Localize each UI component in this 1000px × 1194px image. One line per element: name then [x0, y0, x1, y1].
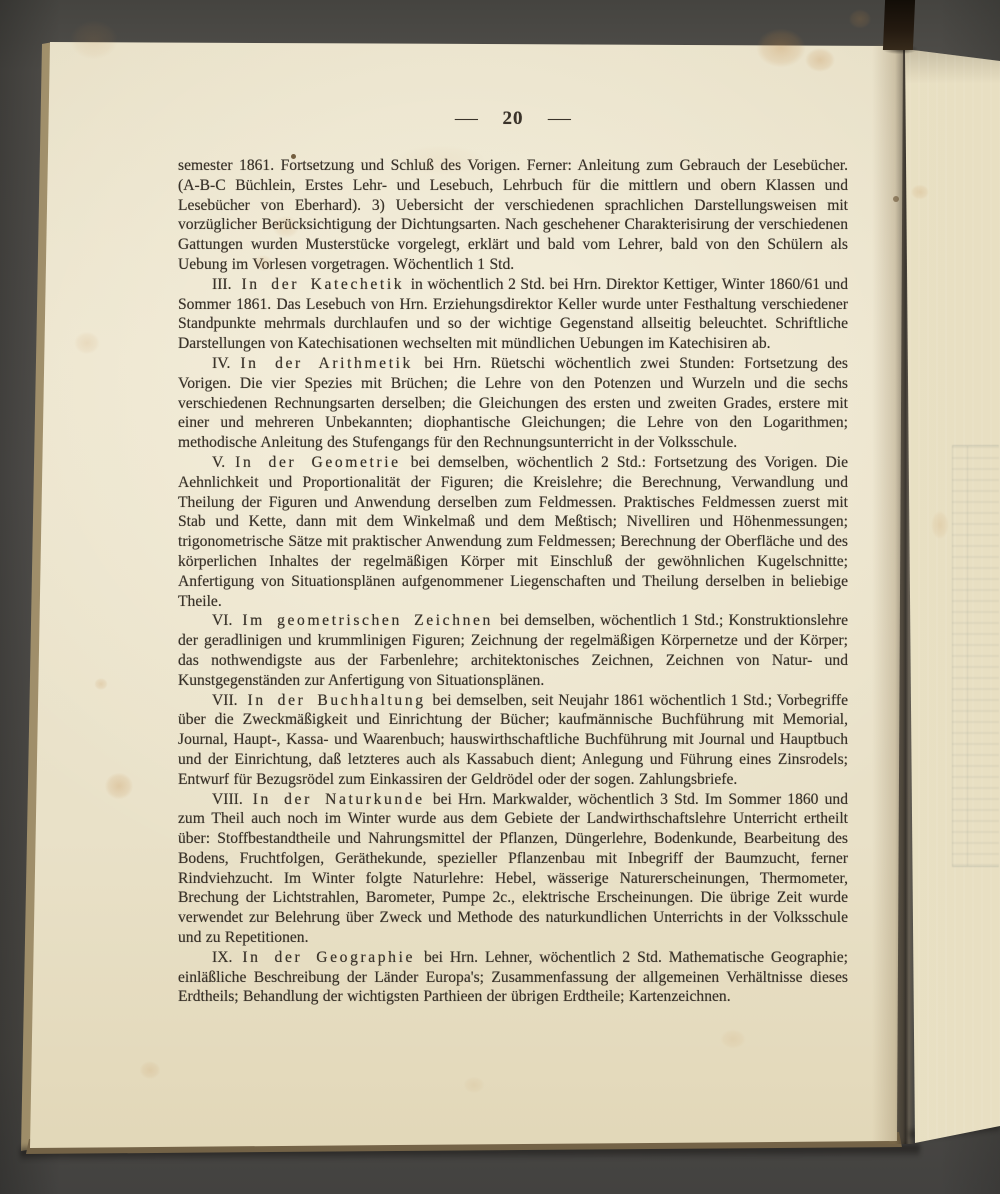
paragraph-subject: In der Buchhaltung	[248, 692, 428, 709]
bookmark-ribbon	[883, 0, 915, 50]
paragraph-subject: In der Geometrie	[235, 454, 403, 471]
paragraph: V.In der Geometrie bei demselben, wöchen…	[178, 453, 848, 611]
paragraph: III.In der Katechetik in wöchentlich 2 S…	[178, 275, 848, 354]
page-number-dash-left: —	[455, 108, 479, 130]
page-number: 20	[503, 108, 524, 130]
page-content: — 20 — semester 1861. Fortsetzung und Sc…	[178, 108, 848, 1007]
page-number-row: — 20 —	[178, 108, 848, 130]
paragraph: VIII.In der Naturkunde bei Hrn. Markwald…	[178, 790, 848, 948]
paragraph: semester 1861. Fortsetzung und Schluß de…	[178, 156, 848, 275]
paragraph: IV.In der Arithmetik bei Hrn. Rüetschi w…	[178, 354, 848, 453]
paragraph: IX.In der Geographie bei Hrn. Lehner, wö…	[178, 948, 848, 1007]
paragraph-numeral: IX.	[212, 949, 242, 966]
paragraph-numeral: VI.	[212, 612, 242, 629]
text-block: semester 1861. Fortsetzung und Schluß de…	[178, 156, 848, 1007]
page-number-dash-right: —	[548, 108, 572, 130]
paragraph: VI.Im geometrischen Zeichnen bei demselb…	[178, 611, 848, 690]
paragraph-subject: In der Naturkunde	[253, 791, 427, 808]
paragraph-subject: In der Geographie	[242, 949, 417, 966]
paragraph-subject: Im geometrischen Zeichnen	[242, 612, 495, 629]
next-page-showthrough-table	[952, 445, 999, 867]
paragraph-numeral: V.	[212, 454, 235, 471]
paragraph-numeral: VII.	[212, 692, 248, 709]
paragraph: VII.In der Buchhaltung bei demselben, se…	[178, 691, 848, 790]
paragraph-numeral: III.	[212, 276, 241, 293]
paragraph-numeral: IV.	[212, 355, 240, 372]
paragraph-subject: In der Katechetik	[241, 276, 406, 293]
scanned-book-page: — 20 — semester 1861. Fortsetzung und Sc…	[0, 0, 1000, 1194]
paragraph-numeral: VIII.	[212, 791, 253, 808]
showthrough-line	[967, 446, 968, 866]
paragraph-subject: In der Arithmetik	[240, 355, 415, 372]
